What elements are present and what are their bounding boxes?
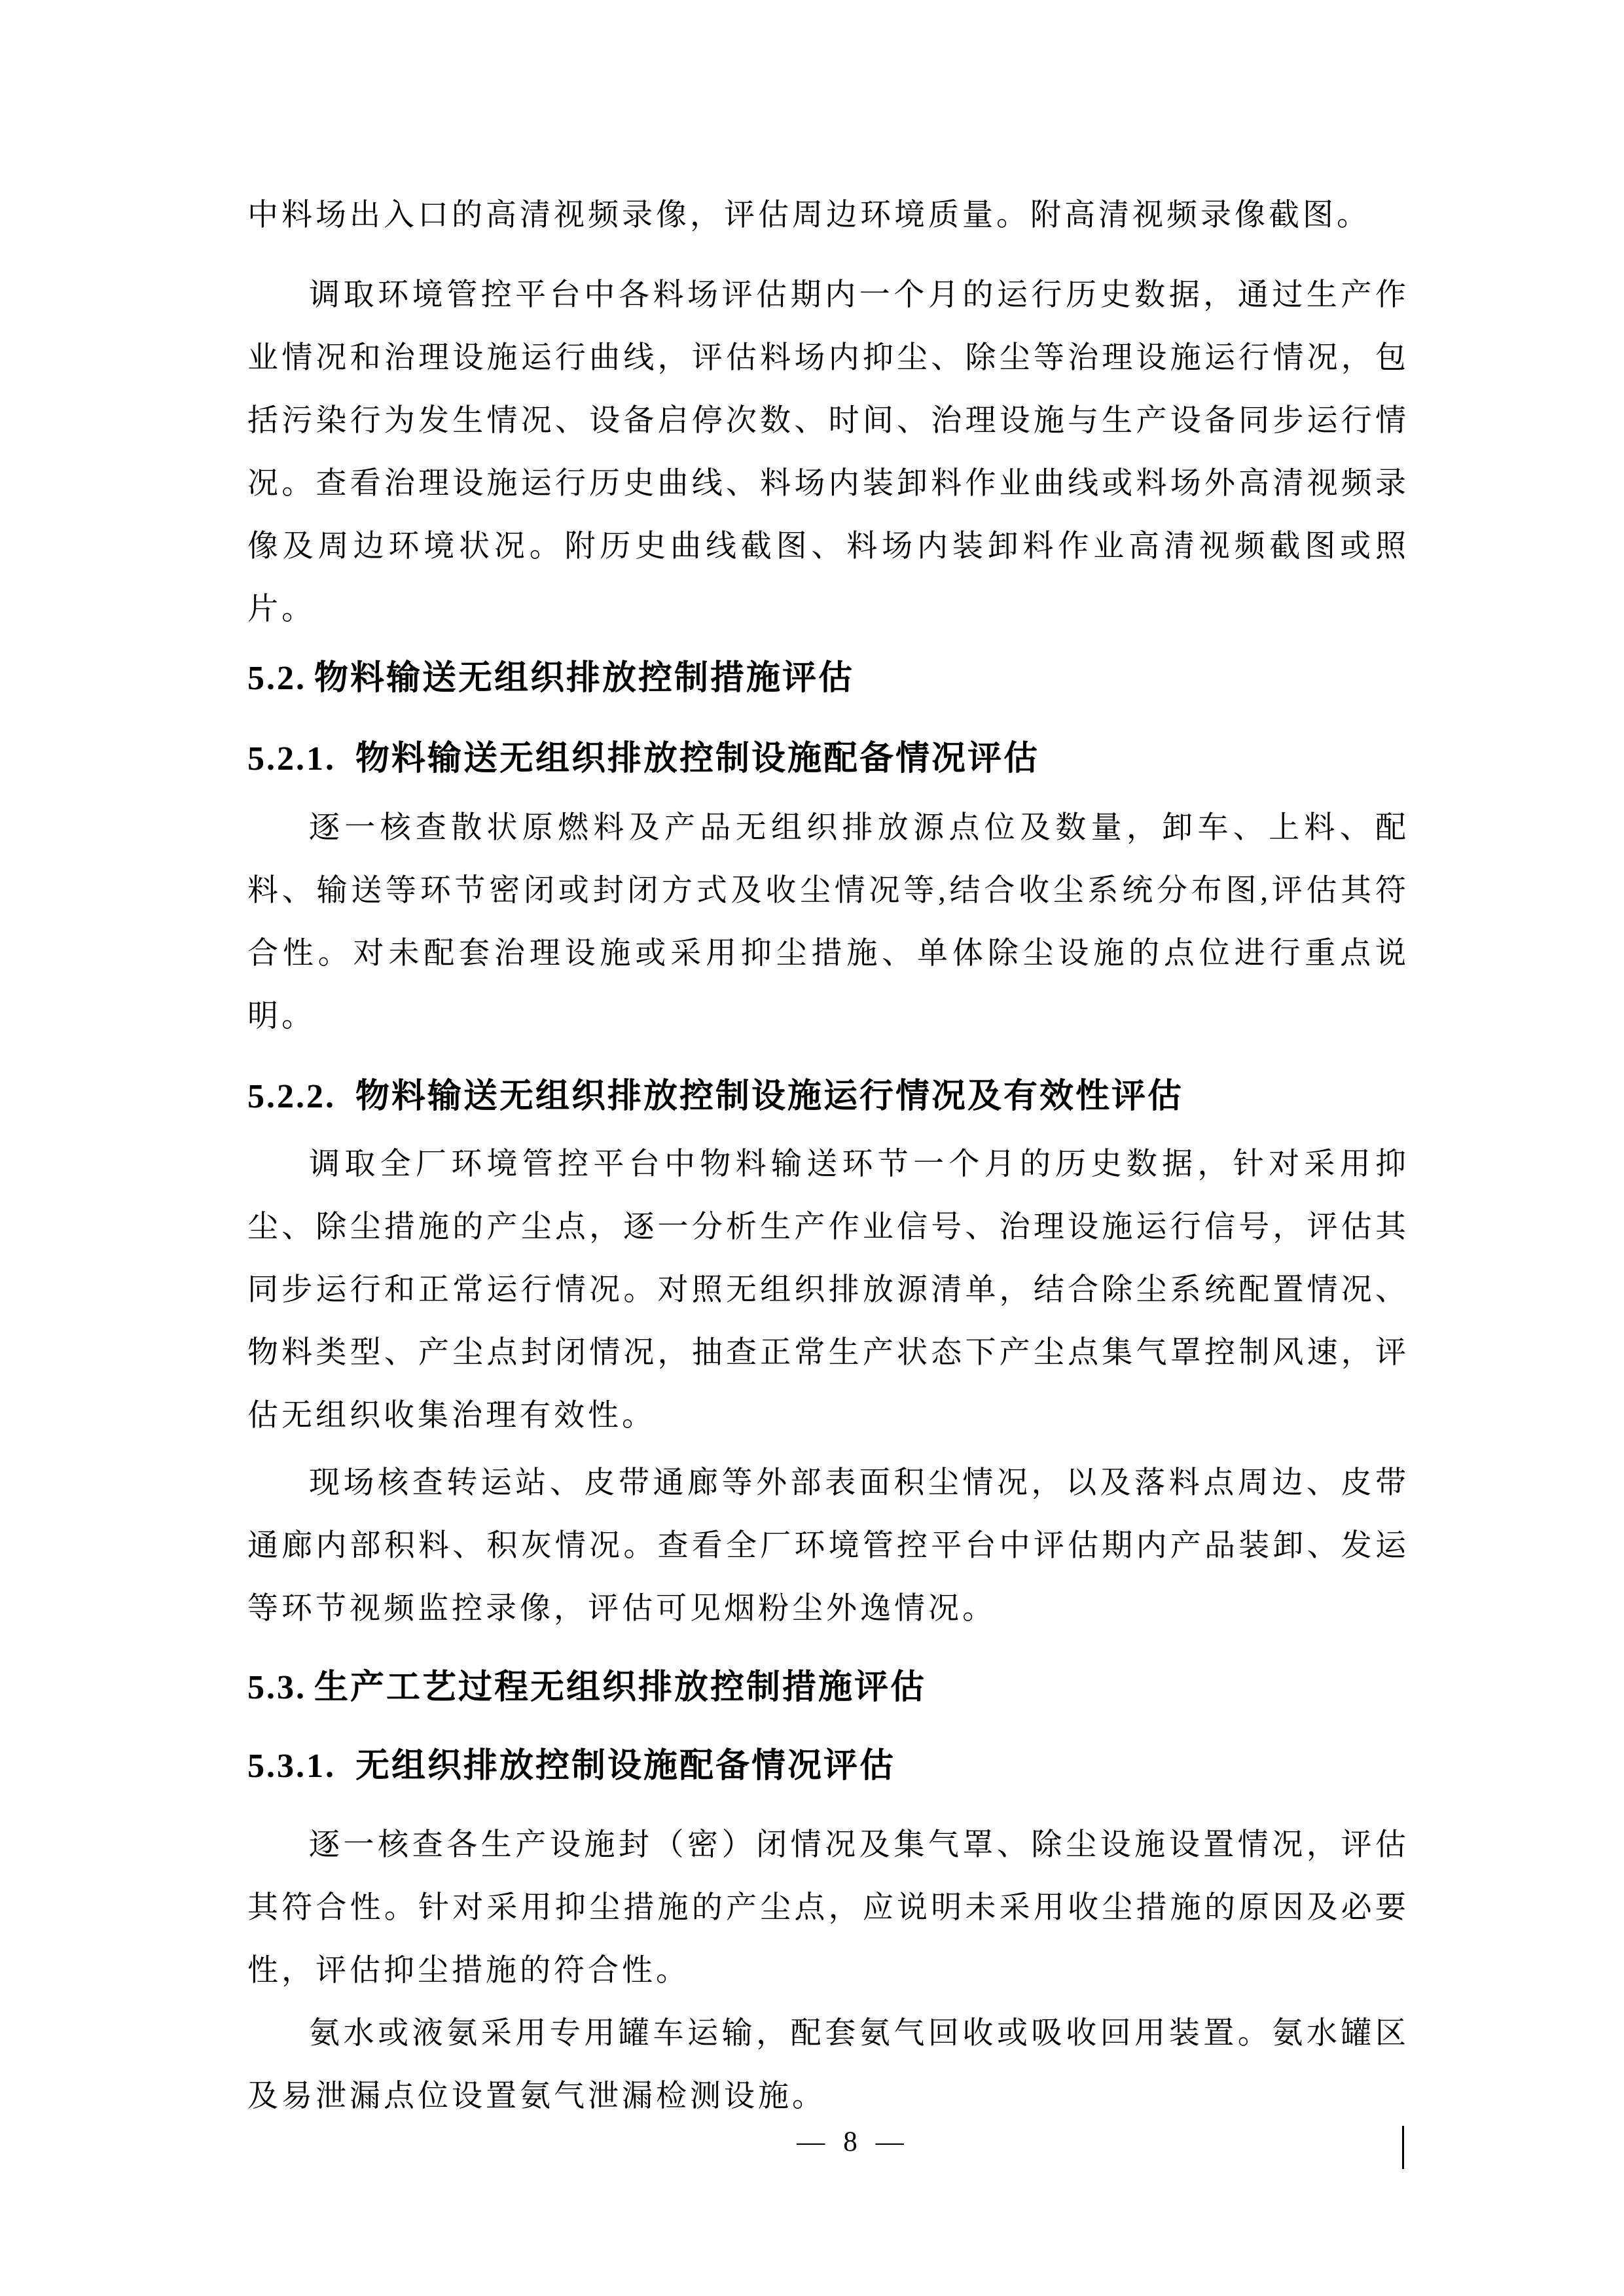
section-heading-5-3-1: 5.3.1.无组织排放控制设施配备情况评估 — [247, 1735, 1409, 1798]
revision-mark-icon — [1402, 2126, 1404, 2169]
section-number: 5.2. — [247, 660, 306, 697]
section-number: 5.3. — [247, 1669, 306, 1706]
section-heading-5-3: 5.3.生产工艺过程无组织排放控制措施评估 — [247, 1657, 1409, 1719]
document-page: 中料场出入口的高清视频录像，评估周边环境质量。附高清视频录像截图。 调取环境管控… — [0, 0, 1624, 2296]
section-title: 物料输送无组织排放控制设施运行情况及有效性评估 — [355, 1078, 1183, 1115]
page-body: 中料场出入口的高清视频录像，评估周边环境质量。附高清视频录像截图。 调取环境管控… — [247, 0, 1409, 2128]
paragraph-transport-history-data-analysis: 调取全厂环境管控平台中物料输送环节一个月的历史数据，针对采用抑尘、除尘措施的产尘… — [247, 1133, 1409, 1447]
paragraph-material-transport-facility-check: 逐一核查散状原燃料及产品无组织排放源点位及数量，卸车、上料、配料、输送等环节密闭… — [247, 797, 1409, 1048]
section-number: 5.2.1. — [247, 740, 336, 778]
page-footer: —8— — [778, 2123, 922, 2162]
section-number: 5.2.2. — [247, 1078, 336, 1115]
paragraph-material-yard-platform-data: 调取环境管控平台中各料场评估期内一个月的运行历史数据，通过生产作业情况和治理设施… — [247, 264, 1409, 641]
section-number: 5.3.1. — [247, 1748, 336, 1785]
section-title: 物料输送无组织排放控制设施配备情况评估 — [355, 740, 1039, 778]
section-title: 无组织排放控制设施配备情况评估 — [355, 1748, 895, 1785]
section-heading-5-2-1: 5.2.1.物料输送无组织排放控制设施配备情况评估 — [247, 728, 1409, 791]
paragraph-continuation: 中料场出入口的高清视频录像，评估周边环境质量。附高清视频录像截图。 — [247, 184, 1409, 247]
section-heading-5-2-2: 5.2.2.物料输送无组织排放控制设施运行情况及有效性评估 — [247, 1066, 1409, 1128]
paragraph-ammonia-transport: 氨水或液氨采用专用罐车运输，配套氨气回收或吸收回用装置。氨水罐区及易泄漏点位设置… — [247, 2002, 1409, 2128]
paragraph-onsite-transfer-station-check: 现场核查转运站、皮带通廊等外部表面积尘情况，以及落料点周边、皮带通廊内部积料、积… — [247, 1452, 1409, 1640]
footer-dash-right: — — [876, 2126, 904, 2157]
section-title: 生产工艺过程无组织排放控制措施评估 — [314, 1669, 926, 1706]
section-heading-5-2: 5.2.物料输送无组织排放控制措施评估 — [247, 647, 1409, 710]
section-title: 物料输送无组织排放控制措施评估 — [314, 660, 854, 697]
footer-dash-left: — — [797, 2126, 825, 2157]
page-number: 8 — [843, 2126, 857, 2157]
paragraph-production-facility-enclosure-check: 逐一核查各生产设施封（密）闭情况及集气罩、除尘设施设置情况，评估其符合性。针对采… — [247, 1814, 1409, 2002]
